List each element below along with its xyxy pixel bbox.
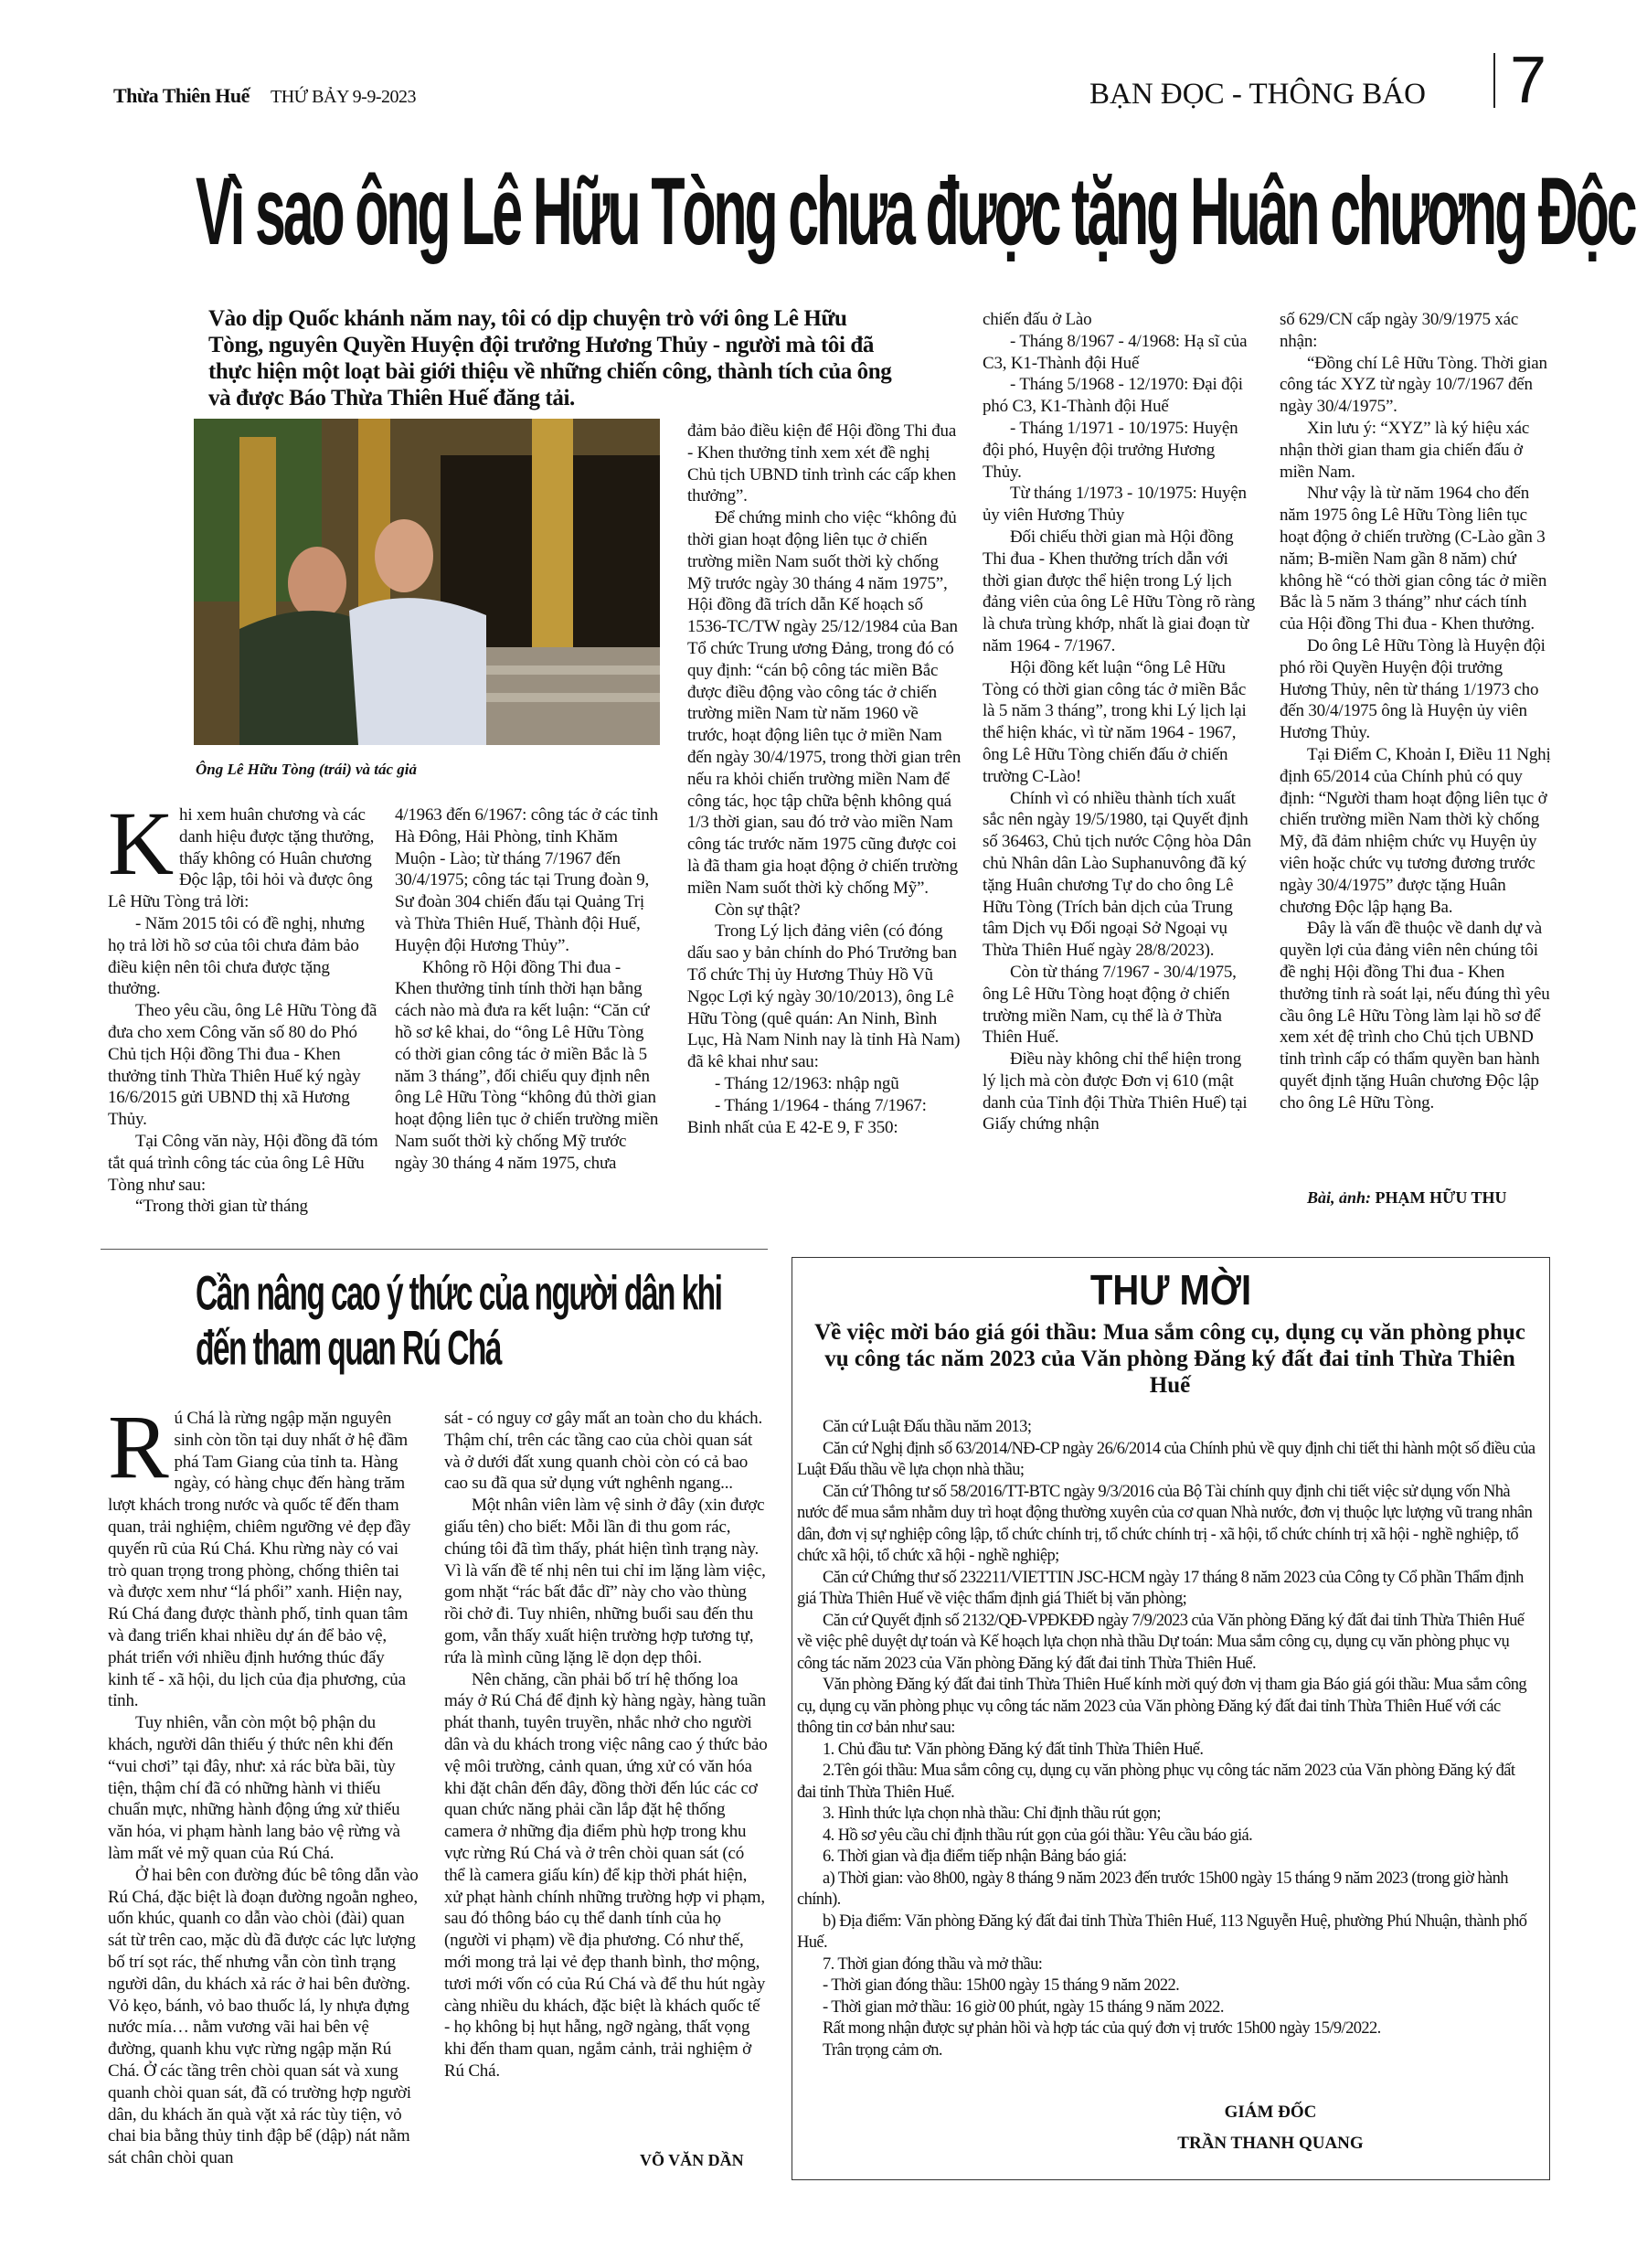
article2-headline: Cần nâng cao ý thức của người dân khi đế…	[196, 1266, 722, 1376]
article1-column-1: K hi xem huân chương và các danh hiệu đư…	[108, 804, 382, 1218]
article2-column-2: sát - có nguy cơ gây mất an toàn cho du …	[444, 1408, 769, 2082]
issue-date: THỨ BẢY 9-9-2023	[271, 87, 416, 108]
article1-lede: Vào dịp Quốc khánh năm nay, tôi có dịp c…	[208, 305, 903, 411]
notice-title: THƯ MỜI	[792, 1268, 1550, 1315]
page-number: 7	[1510, 48, 1546, 113]
photo-caption: Ông Lê Hữu Tòng (trái) và tác giả	[196, 761, 417, 779]
article1-column-2: 4/1963 đến 6/1967: công tác ở các tỉnh H…	[395, 804, 660, 1175]
article1-headline: Vì sao ông Lê Hữu Tòng chưa được tặng Hu…	[196, 163, 1265, 259]
signer-name: TRẦN THANH QUANG	[1097, 2134, 1444, 2154]
section-divider	[101, 1249, 768, 1250]
section-title: BẠN ĐỌC - THÔNG BÁO	[1089, 78, 1426, 112]
paper-name: Thừa Thiên Huế	[113, 84, 250, 108]
article1-column-3: đảm bảo điều kiện để Hội đồng Thi đua - …	[687, 421, 962, 1138]
header-divider	[1493, 53, 1495, 108]
signer-title: GIÁM ĐỐC	[1097, 2103, 1444, 2123]
photo-two-men-icon	[194, 419, 660, 745]
article1-column-4: chiến đấu ở Lào - Tháng 8/1967 - 4/1968:…	[983, 309, 1257, 1135]
article1-column-5: số 629/CN cấp ngày 30/9/1975 xác nhận: “…	[1280, 309, 1554, 1113]
article2-column-1: R ú Chá là rừng ngập mặn nguyên sinh còn…	[108, 1408, 419, 2169]
notice-body: Căn cứ Luật Đấu thầu năm 2013; Căn cứ Ng…	[797, 1417, 1537, 2061]
notice-subtitle: Về việc mời báo giá gói thầu: Mua sắm cô…	[813, 1319, 1526, 1399]
article2-byline: VÕ VĂN DẦN	[640, 2151, 744, 2170]
dropcap: K	[108, 808, 174, 879]
dropcap: R	[108, 1411, 169, 1483]
article1-photo	[194, 419, 660, 745]
article1-byline: Bài, ảnh: PHẠM HỮU THU	[1307, 1188, 1507, 1208]
